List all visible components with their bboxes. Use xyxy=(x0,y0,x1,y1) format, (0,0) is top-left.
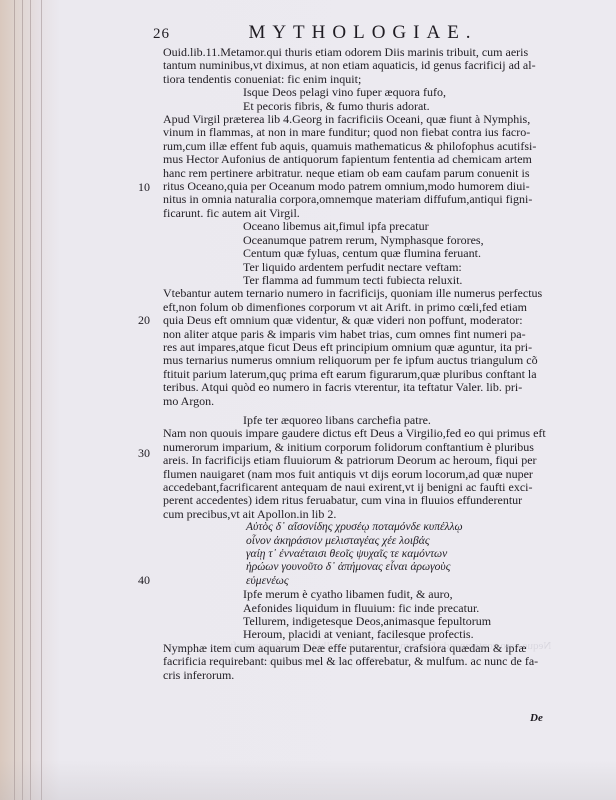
page-edge-line xyxy=(30,0,31,800)
greek-verse-line: εὐμενέως xyxy=(163,575,585,588)
greek-verse-line: ἡρώων γουνοῦτο δ᾽ ἀπήμονας εἶναι ἀρωγοὺς xyxy=(163,561,585,574)
text-line: quia Deus eft omnium quæ videntur, & quæ… xyxy=(163,314,585,327)
catchword: De xyxy=(530,712,543,724)
text-line: ftituit parium laterum,quç prima eft ear… xyxy=(163,368,585,381)
text-line: hanc rem pertinere arbitratur. neque eti… xyxy=(163,167,585,180)
verse-line: Aefonides liquidum in fluuium: fic inde … xyxy=(163,602,585,615)
text-line: flumen nauigaret (nam mos fuit antiquis … xyxy=(163,468,585,481)
text-line: cris inferorum. xyxy=(163,669,585,682)
line-number-marker: 20 xyxy=(138,313,150,328)
page-edge-line xyxy=(22,0,23,800)
text-line: non aliter atque paris & imparis vim hab… xyxy=(163,328,585,341)
text-line: areis. In facrificijs etiam fluuiorum & … xyxy=(163,454,585,467)
verse-line: Isque Deos pelagi vino fuper æquora fufo… xyxy=(163,86,585,99)
text-line: eft,non folum ob dimenfiones corporum vt… xyxy=(163,301,585,314)
page-bottom-shadow xyxy=(0,760,616,800)
text-line: perent accedentes) idem ritus feruabatur… xyxy=(163,494,585,507)
text-line: mo Argon. xyxy=(163,395,585,408)
verse-line: Oceano libemus ait,fimul ipfa precatur xyxy=(163,220,585,233)
verse-line: Oceanumque patrem rerum, Nymphasque foro… xyxy=(163,234,585,247)
text-line: vinum in flammas, at non in mare funditu… xyxy=(163,126,585,139)
main-text-block: Ouid.lib.11.Metamor.qui thuris etiam odo… xyxy=(163,46,585,682)
text-line: facrificia requirebant: quibus mel & lac… xyxy=(163,655,585,668)
text-line: rum,cum illæ effent fub aquis, quamuis m… xyxy=(163,140,585,153)
page-edge-line xyxy=(14,0,15,800)
text-line: mus ternarius numerus omnium reliquorum … xyxy=(163,354,585,367)
text-line: Ouid.lib.11.Metamor.qui thuris etiam odo… xyxy=(163,46,585,59)
verse-line: Et pecoris fibris, & fumo thuris adorat. xyxy=(163,100,585,113)
text-line: nitus in omnia naturalia corpora,omnemqu… xyxy=(163,193,585,206)
text-line: accedebant,facrificarent antequam de nau… xyxy=(163,481,585,494)
text-line: cum precibus,vt ait Apollon.in lib 2. xyxy=(163,508,585,521)
text-line: Nam non quouis impare gaudere dictus eft… xyxy=(163,427,585,440)
text-line: Apud Virgil præterea lib 4.Georg in facr… xyxy=(163,113,585,126)
verse-line: Centum quæ fyluas, centum quæ flumina fe… xyxy=(163,247,585,260)
text-line: tiora tendentis conueniat: fic enim inqu… xyxy=(163,73,585,86)
greek-verse-line: οἶνον ἀκηράσιον μελισταγέας χέε λοιβάς xyxy=(163,535,585,548)
text-line: numerorum imparium, & initium corporum f… xyxy=(163,441,585,454)
text-line: mus Hector Aufonius de antiquorum fapien… xyxy=(163,153,585,166)
text-line: ficarunt. fic autem ait Virgil. xyxy=(163,207,585,220)
running-title: MYTHOLOGIAE. xyxy=(153,22,533,44)
verse-line: Ter liquido ardentem perfudit nectare ve… xyxy=(163,261,585,274)
verse-line: Tellurem, indigetesque Deos,animasque fe… xyxy=(163,615,585,628)
verse-line: Ter flamma ad fummum tecti fubiecta relu… xyxy=(163,274,585,287)
verse-line: Heroum, placidi at veniant, facilesque p… xyxy=(163,628,585,641)
page-edge-line xyxy=(41,0,42,800)
text-line: Nymphæ item cum aquarum Deæ effe putaren… xyxy=(163,642,585,655)
line-number-marker: 10 xyxy=(138,180,150,195)
verse-line: Ipfe ter æquoreo libans carchefia patre. xyxy=(163,414,585,427)
text-line: ritus Oceano,quia per Oceanum modo patre… xyxy=(163,180,585,193)
text-line: res aut impares,atque ficut Deus eft pri… xyxy=(163,341,585,354)
text-line: tantum numinibus,vt diximus, at non etia… xyxy=(163,59,585,72)
book-page: Neque vero contemnenda Deorum eorum vide… xyxy=(0,0,616,800)
greek-verse-line: Αὐτὸς δ᾽ αἴσονίδης χρυσέῳ ποταμόνδε κυπέ… xyxy=(163,521,585,534)
verse-line: Ipfe merum è cyatho libamen fudit, & aur… xyxy=(163,588,585,601)
line-number-marker: 30 xyxy=(138,446,150,461)
page-header: 26 MYTHOLOGIAE. xyxy=(153,22,573,44)
greek-verse-line: γαίῃ τ᾽ ἐνναέταισι θεοῖς ψυχαῖς τε καμόν… xyxy=(163,548,585,561)
line-number-marker: 40 xyxy=(138,573,150,588)
text-line: Vtebantur autem ternario numero in facri… xyxy=(163,287,585,300)
text-line: teribus. Atqui quòd eo numero in facris … xyxy=(163,381,585,394)
